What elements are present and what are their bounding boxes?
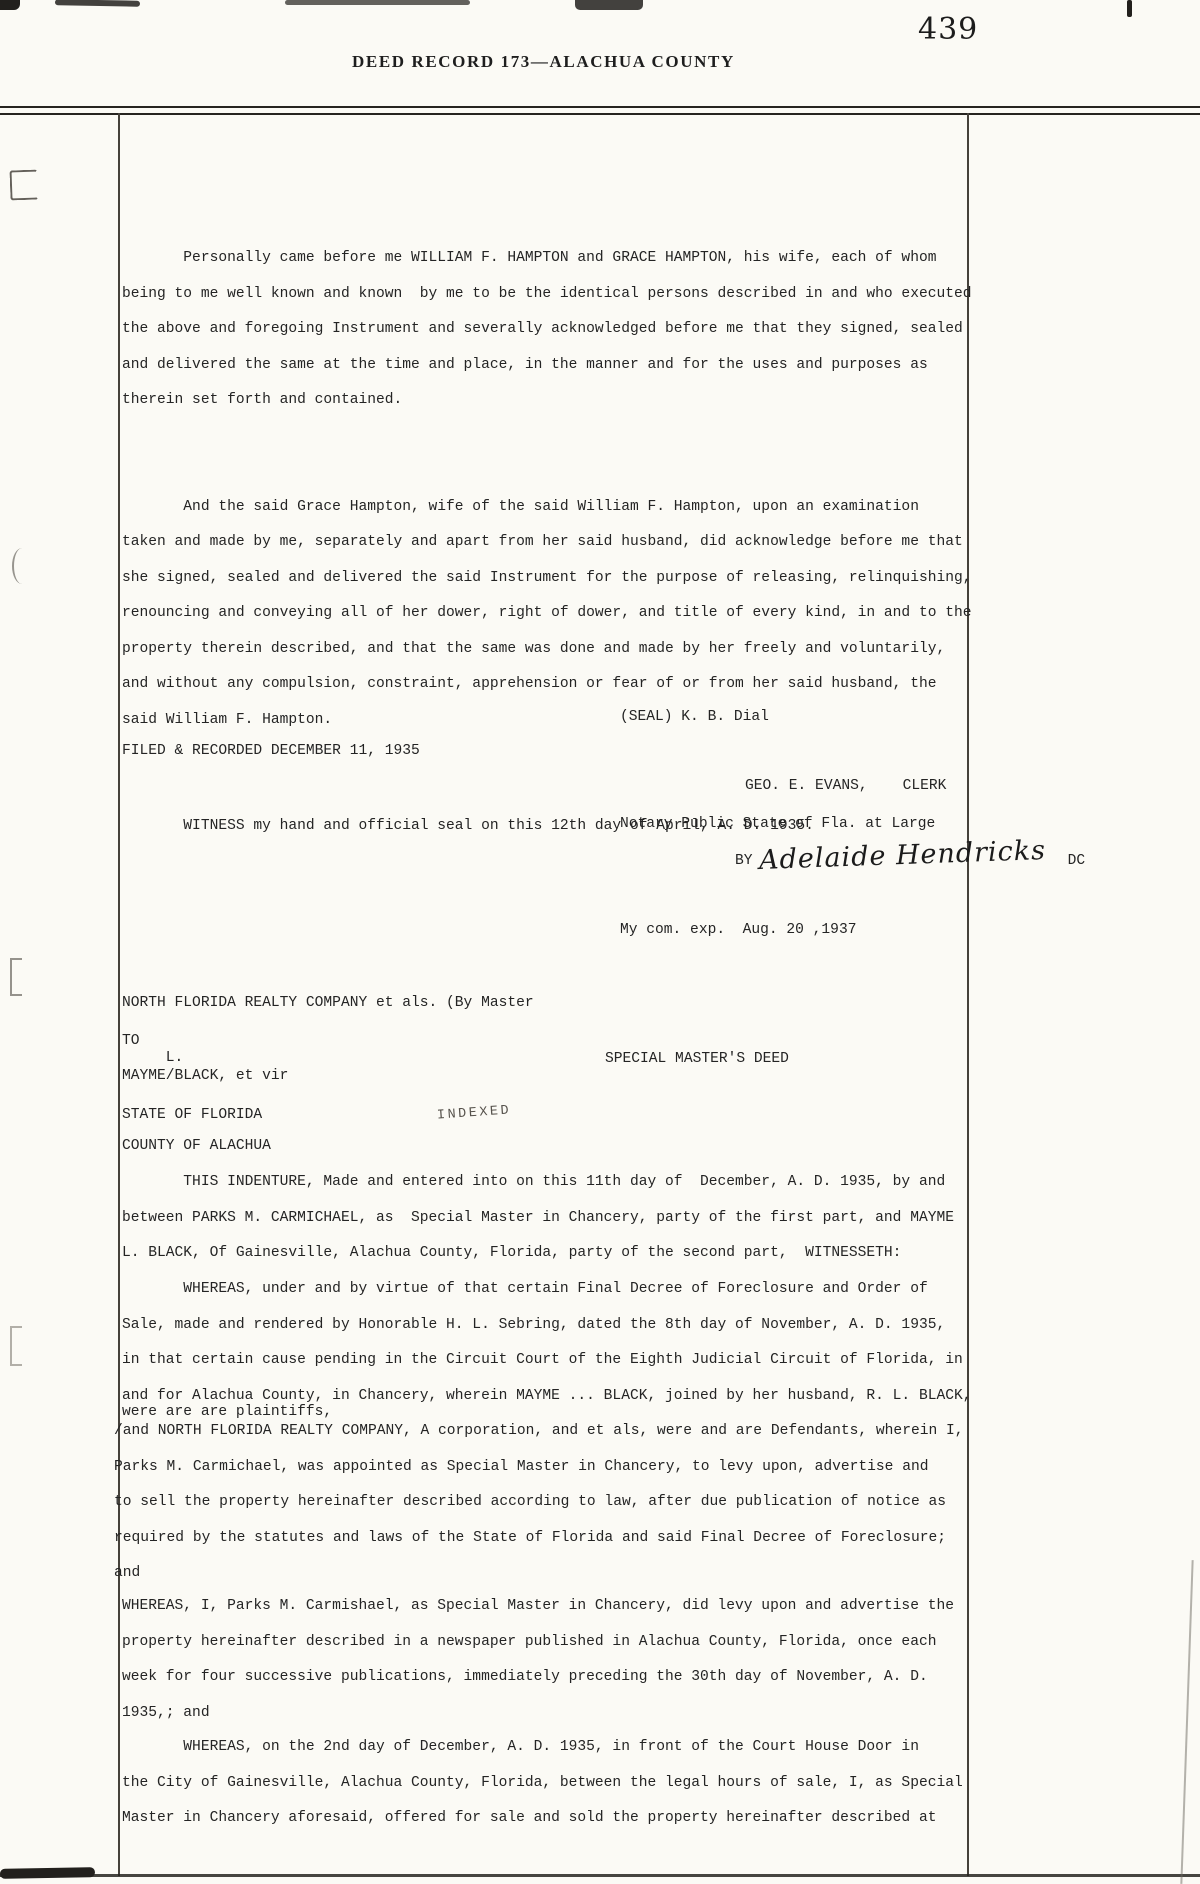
indexed-stamp: INDEXED: [437, 1103, 512, 1123]
column-rule-left: [118, 113, 120, 1876]
scan-smudge: [1127, 0, 1132, 17]
deputy-clerk-signature: Adelaide Hendricks: [758, 831, 1046, 881]
binder-mark: [10, 1326, 22, 1366]
page-title: DEED RECORD 173—ALACHUA COUNTY: [352, 52, 735, 72]
caption-grantee-line: MAYME/BLACK, et vir: [122, 1059, 288, 1095]
scan-smudge: [575, 0, 643, 10]
binder-mark: [10, 958, 22, 996]
top-double-rule-line-2: [0, 113, 1200, 115]
binder-mark: [12, 548, 32, 584]
clerk-by-line: BYAdelaide HendricksDC: [700, 796, 1085, 921]
whereas-sale-paragraph: WHEREAS, on the 2nd day of December, A. …: [122, 1730, 963, 1837]
page-edge-mark: [1180, 1560, 1193, 1884]
scan-smudge: [0, 1867, 95, 1879]
top-double-rule-line-1: [0, 106, 1200, 108]
acknowledgment-paragraph: Personally came before me WILLIAM F. HAM…: [122, 241, 972, 419]
scan-smudge: [0, 0, 20, 10]
caption-grantor-line: NORTH FLORIDA REALTY COMPANY et als. (By…: [122, 986, 534, 1022]
deed-record-page: 439 DEED RECORD 173—ALACHUA COUNTY Perso…: [0, 0, 1200, 1884]
scan-smudge: [285, 0, 470, 5]
deed-type-title: SPECIAL MASTER'S DEED: [605, 1042, 789, 1078]
binder-mark: [9, 170, 38, 201]
deputy-clerk-initials: DC: [1068, 853, 1086, 869]
filed-recorded-line: FILED & RECORDED DECEMBER 11, 1935: [122, 734, 420, 770]
whereas-decree-paragraph-a: WHEREAS, under and by virtue of that cer…: [122, 1272, 972, 1414]
notary-seal-line: (SEAL) K. B. Dial: [620, 700, 935, 736]
whereas-advertise-paragraph: WHEREAS, I, Parks M. Carmishael, as Spec…: [122, 1589, 954, 1731]
by-label: BY: [735, 853, 753, 869]
indenture-paragraph: THIS INDENTURE, Made and entered into on…: [122, 1165, 954, 1272]
page-number: 439: [918, 12, 978, 47]
scan-smudge: [55, 0, 140, 7]
caption-county-line: COUNTY OF ALACHUA: [122, 1129, 271, 1165]
bottom-rule: [0, 1874, 1200, 1877]
whereas-decree-paragraph-b: /and NORTH FLORIDA REALTY COMPANY, A cor…: [114, 1414, 964, 1592]
